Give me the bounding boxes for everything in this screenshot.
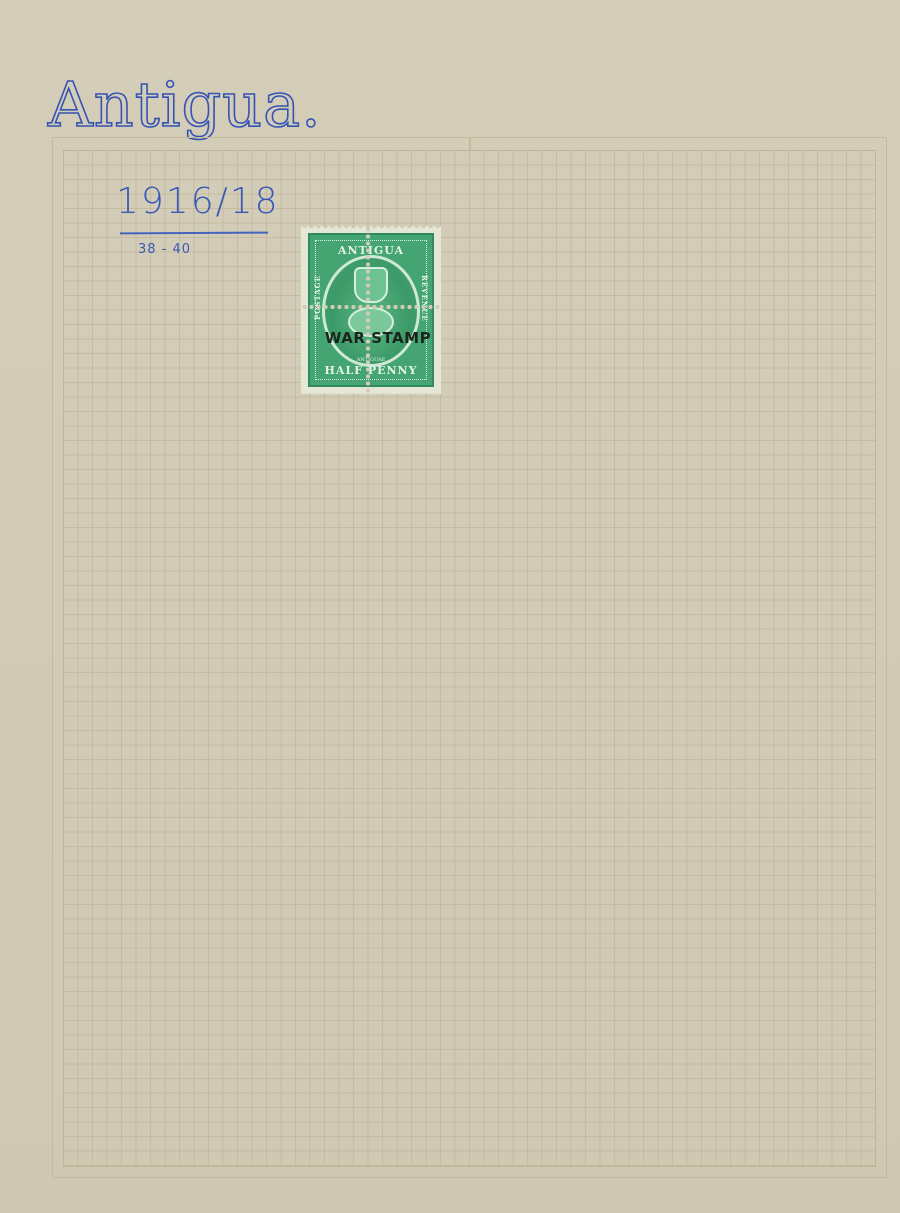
stamp-overprint: WAR STAMP bbox=[324, 329, 432, 347]
stamp-country-label: ANTIGUA bbox=[310, 244, 432, 257]
border-center-mark bbox=[469, 137, 471, 150]
stamp-motto: ANTIGUAE bbox=[310, 357, 432, 363]
year-range-label: 1916/18 bbox=[116, 184, 280, 220]
coat-of-arms-icon bbox=[354, 267, 388, 303]
stamp-war-stamp-half-penny[interactable]: ANTIGUA POSTAGE REVENUE ANTIGUAE WAR STA… bbox=[308, 233, 434, 387]
stamp-postage-label: POSTAGE bbox=[313, 275, 322, 320]
graph-grid bbox=[63, 150, 876, 1167]
page-title: Antigua. bbox=[48, 74, 322, 136]
stamp-denomination-label: HALF PENNY bbox=[310, 364, 432, 377]
catalogue-numbers: 38 - 40 bbox=[138, 242, 191, 257]
stamp-revenue-label: REVENUE bbox=[420, 275, 429, 322]
